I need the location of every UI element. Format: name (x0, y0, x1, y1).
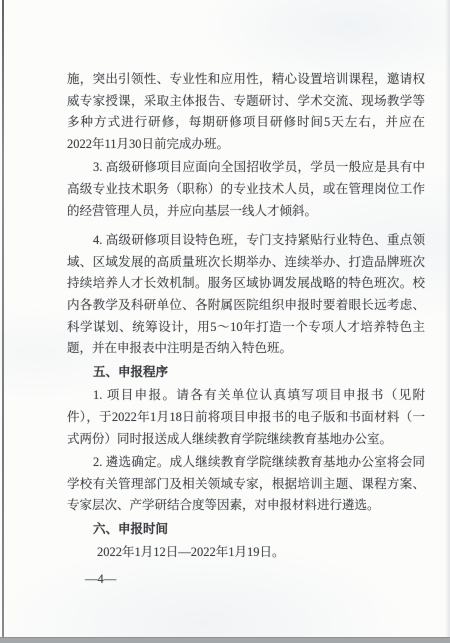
text-line: 高级专业技术职务（职称）的专业技术人员，或在管理岗位工作 (67, 179, 425, 201)
text-line: 1. 项目申报。请各有关单位认真填写项目申报书（见附 (67, 385, 425, 407)
paragraph: 2022年1月12日—2022年1月19日。 (67, 542, 425, 564)
text-line: 3. 高级研修项目应面向全国招收学员，学员一般应是具有中 (67, 157, 425, 179)
section-heading: 六、申报时间 (67, 519, 425, 541)
paragraph: 施，突出引领性、专业性和应用性，精心设置培训课程，邀请权威专家授课，采取主体报告… (67, 69, 425, 155)
text-line: 式两份）同时报送成人继续教育学院继续教育基地办公室。 (67, 429, 425, 451)
text-line: 五、申报程序 (67, 362, 425, 384)
text-line: 件），于2022年1月18日前将项目申报书的电子版和书面材料（一 (67, 407, 425, 429)
text-line: 题，并在申报表中注明是否纳入特色班。 (67, 338, 425, 360)
text-line: 专家层次、产学研结合度等因素，对申报材料进行遴选。 (67, 495, 425, 517)
paragraph: 1. 项目申报。请各有关单位认真填写项目申报书（见附件），于2022年1月18日… (67, 385, 425, 450)
paragraph: 4. 高级研修项目设特色班，专门支持紧贴行业特色、重点领域、区域发展的高质量班次… (67, 230, 425, 360)
text-line: 多种方式进行研修，每期研修项目研修时间5天左右，并应在 (67, 112, 425, 134)
section-heading: 五、申报程序 (67, 362, 425, 384)
paragraph: 3. 高级研修项目应面向全国招收学员，学员一般应是具有中高级专业技术职务（职称）… (67, 157, 425, 222)
text-line: 域、区域发展的高质量班次长期举办、连续举办、打造品牌班次 (67, 252, 425, 274)
page-number: —4— (67, 569, 425, 591)
scan-edge-right (445, 0, 450, 638)
text-line: 2. 遴选确定。成人继续教育学院继续教育基地办公室将会同 (67, 452, 425, 474)
text-line: 施，突出引领性、专业性和应用性，精心设置培训课程，邀请权 (67, 69, 425, 91)
text-line: 的经营管理人员，并应向基层一线人才倾斜。 (67, 201, 425, 223)
text-line: 内各教学及科研单位、各附属医院组织申报时要着眼长远考虑、 (67, 295, 425, 317)
document-page: 施，突出引领性、专业性和应用性，精心设置培训课程，邀请权威专家授课，采取主体报告… (0, 0, 450, 643)
text-line: 2022年11月30日前完成办班。 (67, 134, 425, 156)
text-line: 持续培养人才长效机制。服务区域协调发展战略的特色班次。校 (67, 273, 425, 295)
text-line: 4. 高级研修项目设特色班，专门支持紧贴行业特色、重点领 (67, 230, 425, 252)
text-line: 威专家授课，采取主体报告、专题研讨、学术交流、现场教学等 (67, 91, 425, 113)
scan-edge-bottom (0, 637, 450, 643)
text-line: 六、申报时间 (67, 519, 425, 541)
text-line: 2022年1月12日—2022年1月19日。 (67, 542, 425, 564)
paragraph: 2. 遴选确定。成人继续教育学院继续教育基地办公室将会同学校有关管理部门及相关领… (67, 452, 425, 517)
document-body: 施，突出引领性、专业性和应用性，精心设置培训课程，邀请权威专家授课，采取主体报告… (67, 69, 425, 591)
text-line: 科学谋划、统筹设计，用5～10年打造一个专项人才培养特色主 (67, 317, 425, 339)
text-line: 学校有关管理部门及相关领域专家，根据培训主题、课程方案、 (67, 474, 425, 496)
scan-edge-left (2, 0, 4, 638)
